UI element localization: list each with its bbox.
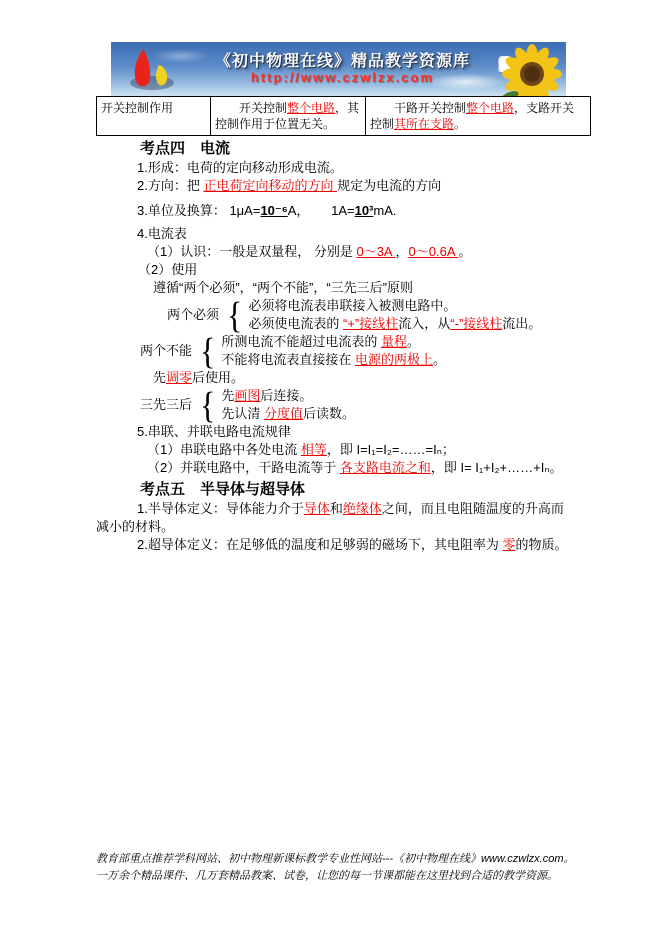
document-page: 《初中物理在线》精品教学资源库 http://www.czwlzx.com xyxy=(0,0,661,936)
cell3-text: 干路开关控制 xyxy=(394,101,466,115)
zero-adjust-line: 先调零后使用。 xyxy=(153,369,661,387)
cell3-red: 整个电路 xyxy=(466,101,514,115)
recognize-pre: （1）认识：一般是双量程， 分别是 xyxy=(147,244,356,259)
sunflower-icon xyxy=(496,42,566,96)
must-line2: 必须使电流表的 “+”接线柱流入，从“-”接线柱流出。 xyxy=(248,315,541,333)
ammeter-usage-line: （2）使用 xyxy=(138,261,661,279)
threes2-post: 后读数。 xyxy=(303,406,355,421)
flame-logo-svg xyxy=(119,45,181,93)
two-cannots-lines: 所测电流不能超过电流表的 量程。 不能将电流表直接接在 电源的两极上。 xyxy=(221,333,446,369)
series-post: ，即 I=I₁=I₂=……=Iₙ； xyxy=(327,442,455,457)
must2-plus-terminal: “+”接线柱 xyxy=(343,316,398,331)
recognize-post: 。 xyxy=(458,244,471,259)
cannot2-red: 电源的两极上 xyxy=(355,352,433,367)
site-title: 《初中物理在线》精品教学资源库 xyxy=(215,53,470,71)
current-formation-line: 1.形成：电荷的定向移动形成电流。 xyxy=(137,159,661,177)
semiconductor-definition: 1.半导体定义：导体能力介于导体和绝缘体之间，而且电阻随温度的升高而减小的材料。 xyxy=(96,500,576,536)
zero-pre: 先 xyxy=(153,370,166,385)
superconductor-definition: 2.超导体定义：在足够低的温度和足够弱的磁场下，其电阻率为 零的物质。 xyxy=(96,536,576,554)
two-cannots-label: 两个不能 xyxy=(140,342,192,360)
site-url-link[interactable]: http://www.czwlzx.com xyxy=(251,71,434,85)
must2-minus-terminal: “-”接线柱 xyxy=(450,316,502,331)
recognize-range1: 0～3A xyxy=(356,244,395,259)
two-cannots-group: 两个不能 { 所测电流不能超过电流表的 量程。 不能将电流表直接接在 电源的两极… xyxy=(140,333,661,369)
must-line1: 必须将电流表串联接入被测电路中。 xyxy=(248,297,541,315)
semi-pre: 1.半导体定义：导体能力介于 xyxy=(137,501,304,516)
must2-mid: 流入，从 xyxy=(398,316,450,331)
ammeter-line: 4.电流表 xyxy=(137,225,661,243)
cannot2-post: 。 xyxy=(433,352,446,367)
two-musts-group: 两个必须 { 必须将电流表串联接入被测电路中。 必须使电流表的 “+”接线柱流入… xyxy=(167,297,661,333)
table-cell-branch-switch: 干路开关控制整个电路，支路开关控制其所在支路。 xyxy=(366,97,591,136)
cell1-text: 开关控制作用 xyxy=(101,101,173,115)
direction-pre: 2.方向：把 xyxy=(137,178,203,193)
series-red: 相等 xyxy=(301,442,327,457)
semi-insulator-red: 绝缘体 xyxy=(343,501,382,516)
parallel-post: ，即 I= I₁+I₂+……+Iₙ。 xyxy=(431,460,563,475)
threes1-post: 后连接。 xyxy=(260,388,312,403)
cannot1-post: 。 xyxy=(407,334,420,349)
semi-conductor-red: 导体 xyxy=(304,501,330,516)
three-firsts-group: 三先三后 { 先画图后连接。 先认清 分度值后读数。 xyxy=(140,387,661,423)
super-post: 的物质。 xyxy=(515,537,567,552)
left-brace-icon: { xyxy=(200,387,215,424)
table-row: 开关控制作用 开关控制整个电路，其控制作用于位置无关。 干路开关控制整个电路，支… xyxy=(97,97,591,136)
document-body: 考点四 电流 1.形成：电荷的定向移动形成电流。 2.方向：把 正电荷定向移动的… xyxy=(0,140,661,554)
three-firsts-lines: 先画图后连接。 先认清 分度值后读数。 xyxy=(221,387,355,423)
threes1-red: 画图 xyxy=(234,388,260,403)
threes2-pre: 先认清 xyxy=(221,406,264,421)
two-musts-lines: 必须将电流表串联接入被测电路中。 必须使电流表的 “+”接线柱流入，从“-”接线… xyxy=(248,297,541,333)
semi-mid: 和 xyxy=(330,501,343,516)
zero-post: 后使用。 xyxy=(192,370,244,385)
recognize-mid: ， xyxy=(396,244,409,259)
flame-logo-icon xyxy=(111,42,189,96)
left-brace-icon: { xyxy=(227,297,242,334)
parallel-rule-line: （2）并联电路中，干路电流等于 各支路电流之和，即 I= I₁+I₂+……+Iₙ… xyxy=(147,459,661,477)
must2-pre: 必须使电流表的 xyxy=(248,316,343,331)
parallel-red: 各支路电流之和 xyxy=(340,460,431,475)
super-pre: 2.超导体定义：在足够低的温度和足够弱的磁场下，其电阻率为 xyxy=(137,537,502,552)
super-zero-red: 零 xyxy=(502,537,515,552)
page-footer: 教育部重点推荐学科网站、初中物理新课标教学专业性网站---《初中物理在线》www… xyxy=(96,851,580,885)
site-banner: 《初中物理在线》精品教学资源库 http://www.czwlzx.com xyxy=(111,42,566,96)
recognize-range2: 0～0.6A xyxy=(409,244,459,259)
section5-heading: 考点五 半导体与超导体 xyxy=(140,481,661,499)
threes-line1: 先画图后连接。 xyxy=(221,387,355,405)
cell2-red: 整个电路 xyxy=(287,101,335,115)
units-mid: A， 1A= xyxy=(288,203,355,218)
current-direction-line: 2.方向：把 正电荷定向移动的方向 规定为电流的方向 xyxy=(137,177,661,195)
units-conversion-line: 3.单位及换算： 1μA=10⁻⁶A， 1A=10³mA. xyxy=(137,202,661,220)
table-cell-label: 开关控制作用 xyxy=(97,97,211,136)
cannot-line1: 所测电流不能超过电流表的 量程。 xyxy=(221,333,446,351)
cell3-text3: 。 xyxy=(454,117,466,131)
circuit-rule-line: 5.串联、并联电路电流规律 xyxy=(137,423,661,441)
cannot1-pre: 所测电流不能超过电流表的 xyxy=(221,334,381,349)
units-pre: 3.单位及换算： 1μA= xyxy=(137,203,260,218)
threes-line2: 先认清 分度值后读数。 xyxy=(221,405,355,423)
direction-red: 正电荷定向移动的方向 xyxy=(203,178,337,193)
cannot2-pre: 不能将电流表直接接在 xyxy=(221,352,355,367)
banner-text-block: 《初中物理在线》精品教学资源库 http://www.czwlzx.com xyxy=(189,53,496,86)
threes2-red: 分度值 xyxy=(264,406,303,421)
switch-control-table: 开关控制作用 开关控制整个电路，其控制作用于位置无关。 干路开关控制整个电路，支… xyxy=(96,96,591,136)
cannot-line2: 不能将电流表直接接在 电源的两极上。 xyxy=(221,351,446,369)
cell2-text: 开关控制 xyxy=(239,101,287,115)
section4-heading: 考点四 电流 xyxy=(140,140,661,158)
threes1-pre: 先 xyxy=(221,388,234,403)
direction-post: 规定为电流的方向 xyxy=(337,178,441,193)
units-value2: 10³ xyxy=(355,203,374,218)
parallel-pre: （2）并联电路中，干路电流等于 xyxy=(147,460,340,475)
table-cell-single-switch: 开关控制整个电路，其控制作用于位置无关。 xyxy=(211,97,366,136)
cannot1-red: 量程 xyxy=(381,334,407,349)
three-firsts-label: 三先三后 xyxy=(140,396,192,414)
must2-post: 流出。 xyxy=(502,316,541,331)
two-musts-label: 两个必须 xyxy=(167,306,219,324)
units-post: mA. xyxy=(373,203,396,218)
series-pre: （1）串联电路中各处电流 xyxy=(147,442,301,457)
zero-red: 调零 xyxy=(166,370,192,385)
series-rule-line: （1）串联电路中各处电流 相等，即 I=I₁=I₂=……=Iₙ； xyxy=(147,441,661,459)
ammeter-recognize-line: （1）认识：一般是双量程， 分别是 0～3A ，0～0.6A 。 xyxy=(147,243,661,261)
cell3-red2: 其所在支路 xyxy=(394,117,454,131)
left-brace-icon: { xyxy=(200,333,215,370)
units-value1: 10⁻⁶ xyxy=(260,203,287,218)
sunflower-svg xyxy=(500,44,564,96)
